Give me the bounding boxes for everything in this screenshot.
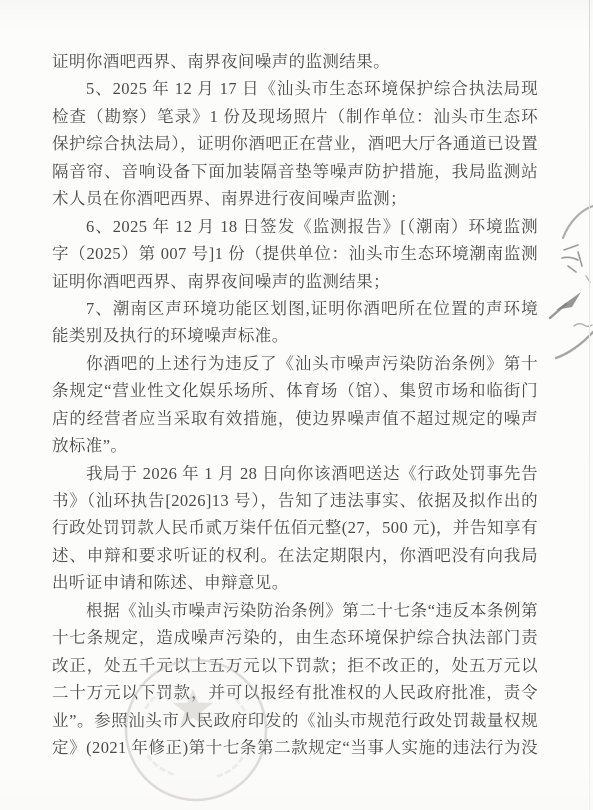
doc-line: 行政处罚罚款人民币贰万柒仟伍佰元整(27，500 元)，并告知享有陈 [52, 514, 538, 541]
doc-line: 十七条规定，造成噪声污染的，由生态环境保护综合执法部门责令 [52, 624, 538, 651]
doc-line: 放标准”。 [52, 432, 538, 459]
doc-line: 根据《汕头市噪声污染防治条例》第二十七条“违反本条例第 [52, 597, 538, 624]
scanner-edge-line [589, 0, 590, 810]
doc-line: 你酒吧的上述行为违反了《汕头市噪声污染防治条例》第十七 [52, 350, 538, 377]
doc-line: 6、2025 年 12 月 18 日签发《监测报告》[（潮南）环境监测 ZB [52, 213, 538, 240]
doc-line: 字（2025）第 007 号]1 份（提供单位：汕头市生态环境潮南监测站）， [52, 240, 538, 267]
doc-line: 书》（汕环执告[2026]13 号），告知了违法事实、依据及拟作出的 [52, 487, 538, 514]
doc-line: 出听证申请和陈述、申辩意见。 [52, 569, 538, 596]
doc-line: 证明你酒吧西界、南界夜间噪声的监测结果。 [52, 48, 538, 75]
document-body: 证明你酒吧西界、南界夜间噪声的监测结果。 5、2025 年 12 月 17 日《… [52, 48, 538, 761]
doc-line: 能类别及执行的环境噪声标准。 [52, 322, 538, 349]
doc-line: 检查（勘察）笔录》1 份及现场照片（制作单位：汕头市生态环境 [52, 103, 538, 130]
doc-line: 隔音帘、音响设备下面加装隔音垫等噪声防护措施，我局监测站技 [52, 158, 538, 185]
doc-line: 保护综合执法局），证明你酒吧正在营业，酒吧大厅各通道已设置 [52, 130, 538, 157]
doc-line: 术人员在你酒吧西界、南界进行夜间噪声监测； [52, 185, 538, 212]
doc-line: 业”。参照汕头市人民政府印发的《汕头市规范行政处罚裁量权规 [52, 707, 538, 734]
doc-line: 7、潮南区声环境功能区划图,证明你酒吧所在位置的声环境功 [52, 295, 538, 322]
doc-line: 二十万元以下罚款，并可以报经有批准权的人民政府批准，责令停 [52, 679, 538, 706]
doc-line: 5、2025 年 12 月 17 日《汕头市生态环境保护综合执法局现场 [52, 75, 538, 102]
doc-line: 定》(2021 年修正)第十七条第二款规定“当事人实施的违法行为没 [52, 734, 538, 761]
doc-line: 改正，处五千元以上五万元以下罚款；拒不改正的，处五万元以上 [52, 652, 538, 679]
doc-line: 店的经营者应当采取有效措施，使边界噪声值不超过规定的噪声排 [52, 405, 538, 432]
doc-line: 条规定“营业性文化娱乐场所、体育场（馆）、集贸市场和临街门 [52, 377, 538, 404]
doc-line: 证明你酒吧西界、南界夜间噪声的监测结果； [52, 268, 538, 295]
doc-line: 我局于 2026 年 1 月 28 日向你该酒吧送达《行政处罚事先告知 [52, 460, 538, 487]
doc-line: 述、申辩和要求听证的权利。在法定期限内，你酒吧没有向我局提 [52, 542, 538, 569]
